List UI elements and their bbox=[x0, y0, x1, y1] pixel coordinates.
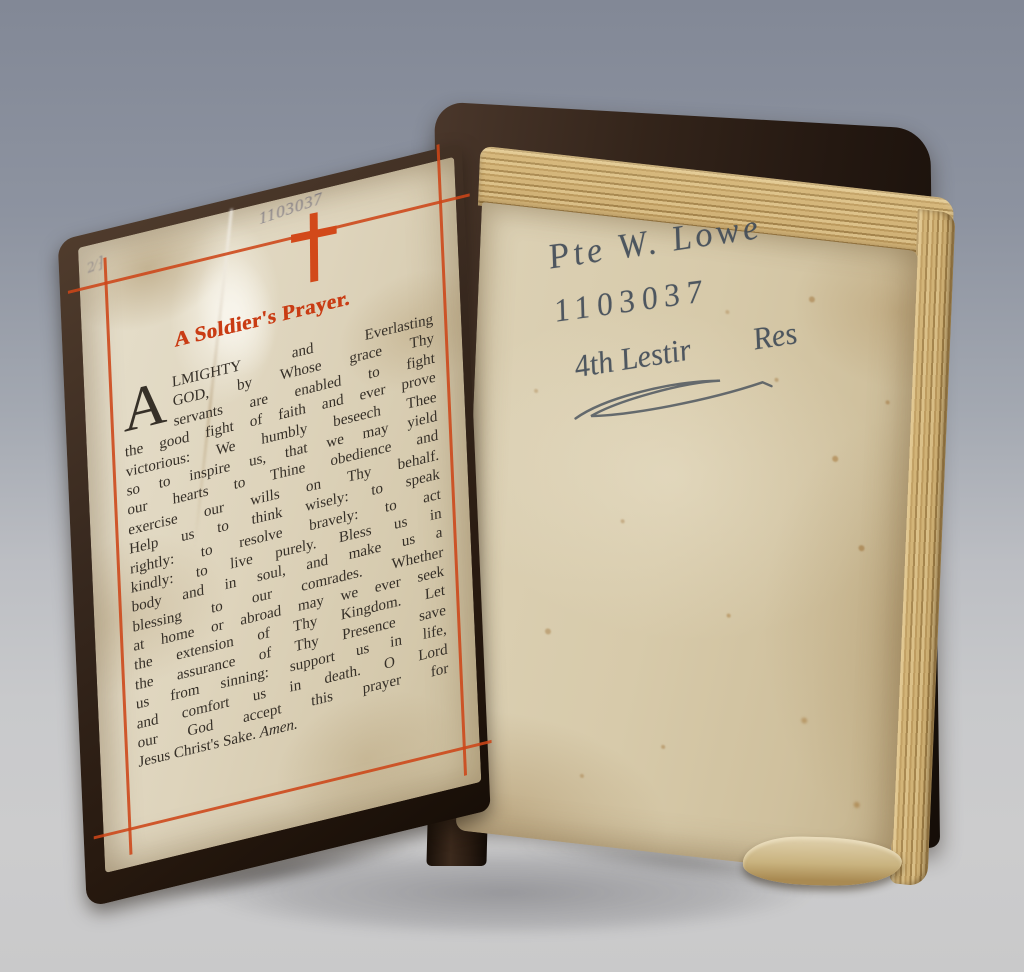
left-prayer-page: 1103037 2⁄⁆ A Soldier's Prayer. A LMIGHT… bbox=[78, 157, 481, 873]
curled-page-corner bbox=[742, 835, 903, 887]
right-blank-page: Pte W. Lowe 1103037 4th Lestir Res bbox=[456, 202, 918, 879]
book-left-half: 1103037 2⁄⁆ A Soldier's Prayer. A LMIGHT… bbox=[78, 157, 481, 873]
inscription-gap bbox=[693, 350, 755, 360]
drop-cap: A bbox=[122, 373, 174, 439]
foxing-spots bbox=[482, 202, 486, 206]
photo-scene: Pte W. Lowe 1103037 4th Lestir Res 11030… bbox=[0, 0, 1024, 972]
inscription-regiment-part2: Res bbox=[749, 315, 800, 358]
prayer-text: A LMIGHTY and Everlasting GOD, by Whose … bbox=[122, 309, 450, 772]
owner-inscription: Pte W. Lowe 1103037 4th Lestir Res bbox=[544, 188, 916, 427]
red-cross-icon bbox=[291, 208, 337, 286]
pencil-note-secondary: 2⁄⁆ bbox=[85, 253, 104, 277]
inscription-regiment-part1: 4th Lestir bbox=[570, 331, 694, 385]
book-right-half: Pte W. Lowe 1103037 4th Lestir Res bbox=[456, 202, 918, 879]
